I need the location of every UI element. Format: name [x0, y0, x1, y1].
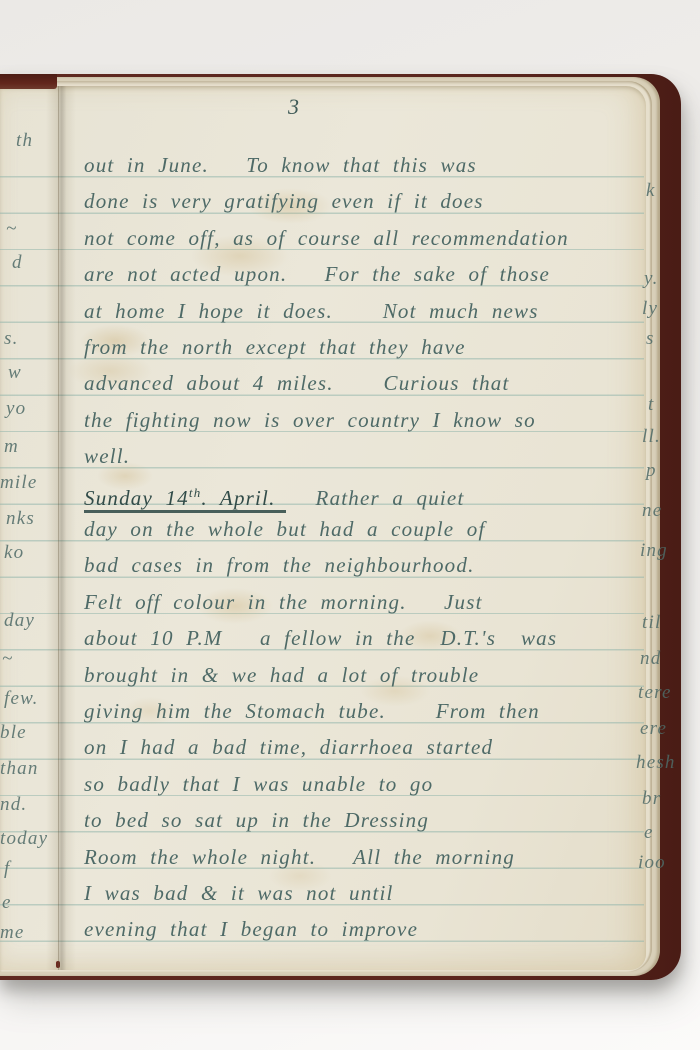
left-page-text-fragment: day: [4, 608, 35, 634]
next-page-text-fragment: ioo: [638, 850, 666, 876]
diary-line: brought in & we had a lot of trouble: [84, 658, 479, 692]
next-page-text-fragment: ly: [642, 296, 658, 322]
diary-line: out in June. To know that this was: [84, 148, 477, 182]
notebook: 3 out in June. To know that this wasdone…: [0, 74, 681, 980]
left-page-text-fragment: ble: [0, 720, 27, 746]
diary-line: at home I hope it does. Not much news: [84, 294, 539, 328]
left-page-text-fragment: me: [0, 920, 25, 946]
diary-line: evening that I began to improve: [84, 912, 418, 946]
spine-top-edge: [0, 74, 57, 89]
next-page-text-fragment: s: [646, 326, 655, 352]
next-page-text-fragment: nd: [640, 646, 661, 672]
diary-line: not come off, as of course all recommend…: [84, 221, 569, 255]
diary-line: I was bad & it was not until: [84, 876, 394, 910]
diary-line: are not acted upon. For the sake of thos…: [84, 257, 550, 291]
next-page-text-fragment: tere: [638, 680, 672, 706]
left-page-text-fragment: today: [0, 826, 48, 852]
diary-line: bad cases in from the neighbourhood.: [84, 548, 475, 582]
diary-line: about 10 P.M a fellow in the D.T.'s was: [84, 621, 557, 655]
diary-line: to bed so sat up in the Dressing: [84, 803, 429, 837]
next-page-text-fragment: k: [646, 178, 656, 204]
next-page-text-fragment: p: [646, 458, 657, 484]
next-page-text-fragment: ere: [640, 716, 667, 742]
diary-line: well.: [84, 439, 130, 473]
left-page-text-fragment: s.: [4, 326, 19, 352]
next-page-text-fragment: t: [648, 392, 654, 418]
diary-line: on I had a bad time, diarrhoea started: [84, 730, 493, 764]
left-page-text-fragment: few.: [4, 686, 39, 712]
next-page-text-fragment: br: [642, 786, 661, 812]
diary-line: so badly that I was unable to go: [84, 767, 433, 801]
left-page-text-fragment: ko: [4, 540, 24, 566]
diary-page: 3 out in June. To know that this wasdone…: [0, 86, 646, 970]
diary-line: advanced about 4 miles. Curious that: [84, 366, 510, 400]
left-page-text-fragment: m: [4, 434, 19, 460]
next-page-text-fragment: y.: [644, 266, 659, 292]
left-page-text-fragment: e: [2, 890, 12, 916]
left-page-text-fragment: nks: [6, 506, 35, 532]
left-page-text-fragment: th: [16, 128, 33, 154]
diary-line: from the north except that they have: [84, 330, 466, 364]
left-page-text-fragment: mile: [0, 470, 38, 496]
diary-line: Room the whole night. All the morning: [84, 840, 515, 874]
diary-line: done is very gratifying even if it does: [84, 184, 484, 218]
left-page-text-fragment: ~: [2, 646, 13, 672]
next-page-text-fragment: ing: [640, 538, 668, 564]
entry-date-heading: Sunday 14th. April.: [84, 486, 286, 513]
left-page-text-fragment: ~: [6, 216, 17, 242]
diary-line: the fighting now is over country I know …: [84, 403, 536, 437]
diary-line: day on the whole but had a couple of: [84, 512, 485, 546]
next-page-text-fragment: ne: [642, 498, 662, 524]
left-page-text-fragment: yo: [6, 396, 26, 422]
left-page-text-fragment: f: [4, 856, 10, 882]
left-page-text-fragment: w: [8, 360, 22, 386]
left-page-text-fragment: d: [12, 250, 23, 276]
diary-line-text: Rather a quiet: [286, 486, 465, 510]
left-page-text-fragment: than: [0, 756, 39, 782]
page-number: 3: [288, 94, 300, 120]
diary-line: giving him the Stomach tube. From then: [84, 694, 540, 728]
gutter-crease: [46, 86, 76, 970]
left-page-text-fragment: nd.: [0, 792, 27, 818]
diary-line: Sunday 14th. April.Rather a quiet: [84, 476, 465, 510]
next-page-text-fragment: ll.: [642, 424, 661, 450]
next-page-text-fragment: e: [644, 820, 654, 846]
diary-line: Felt off colour in the morning. Just: [84, 585, 483, 619]
next-page-text-fragment: til: [642, 610, 661, 636]
next-page-text-fragment: hesh: [636, 750, 676, 776]
